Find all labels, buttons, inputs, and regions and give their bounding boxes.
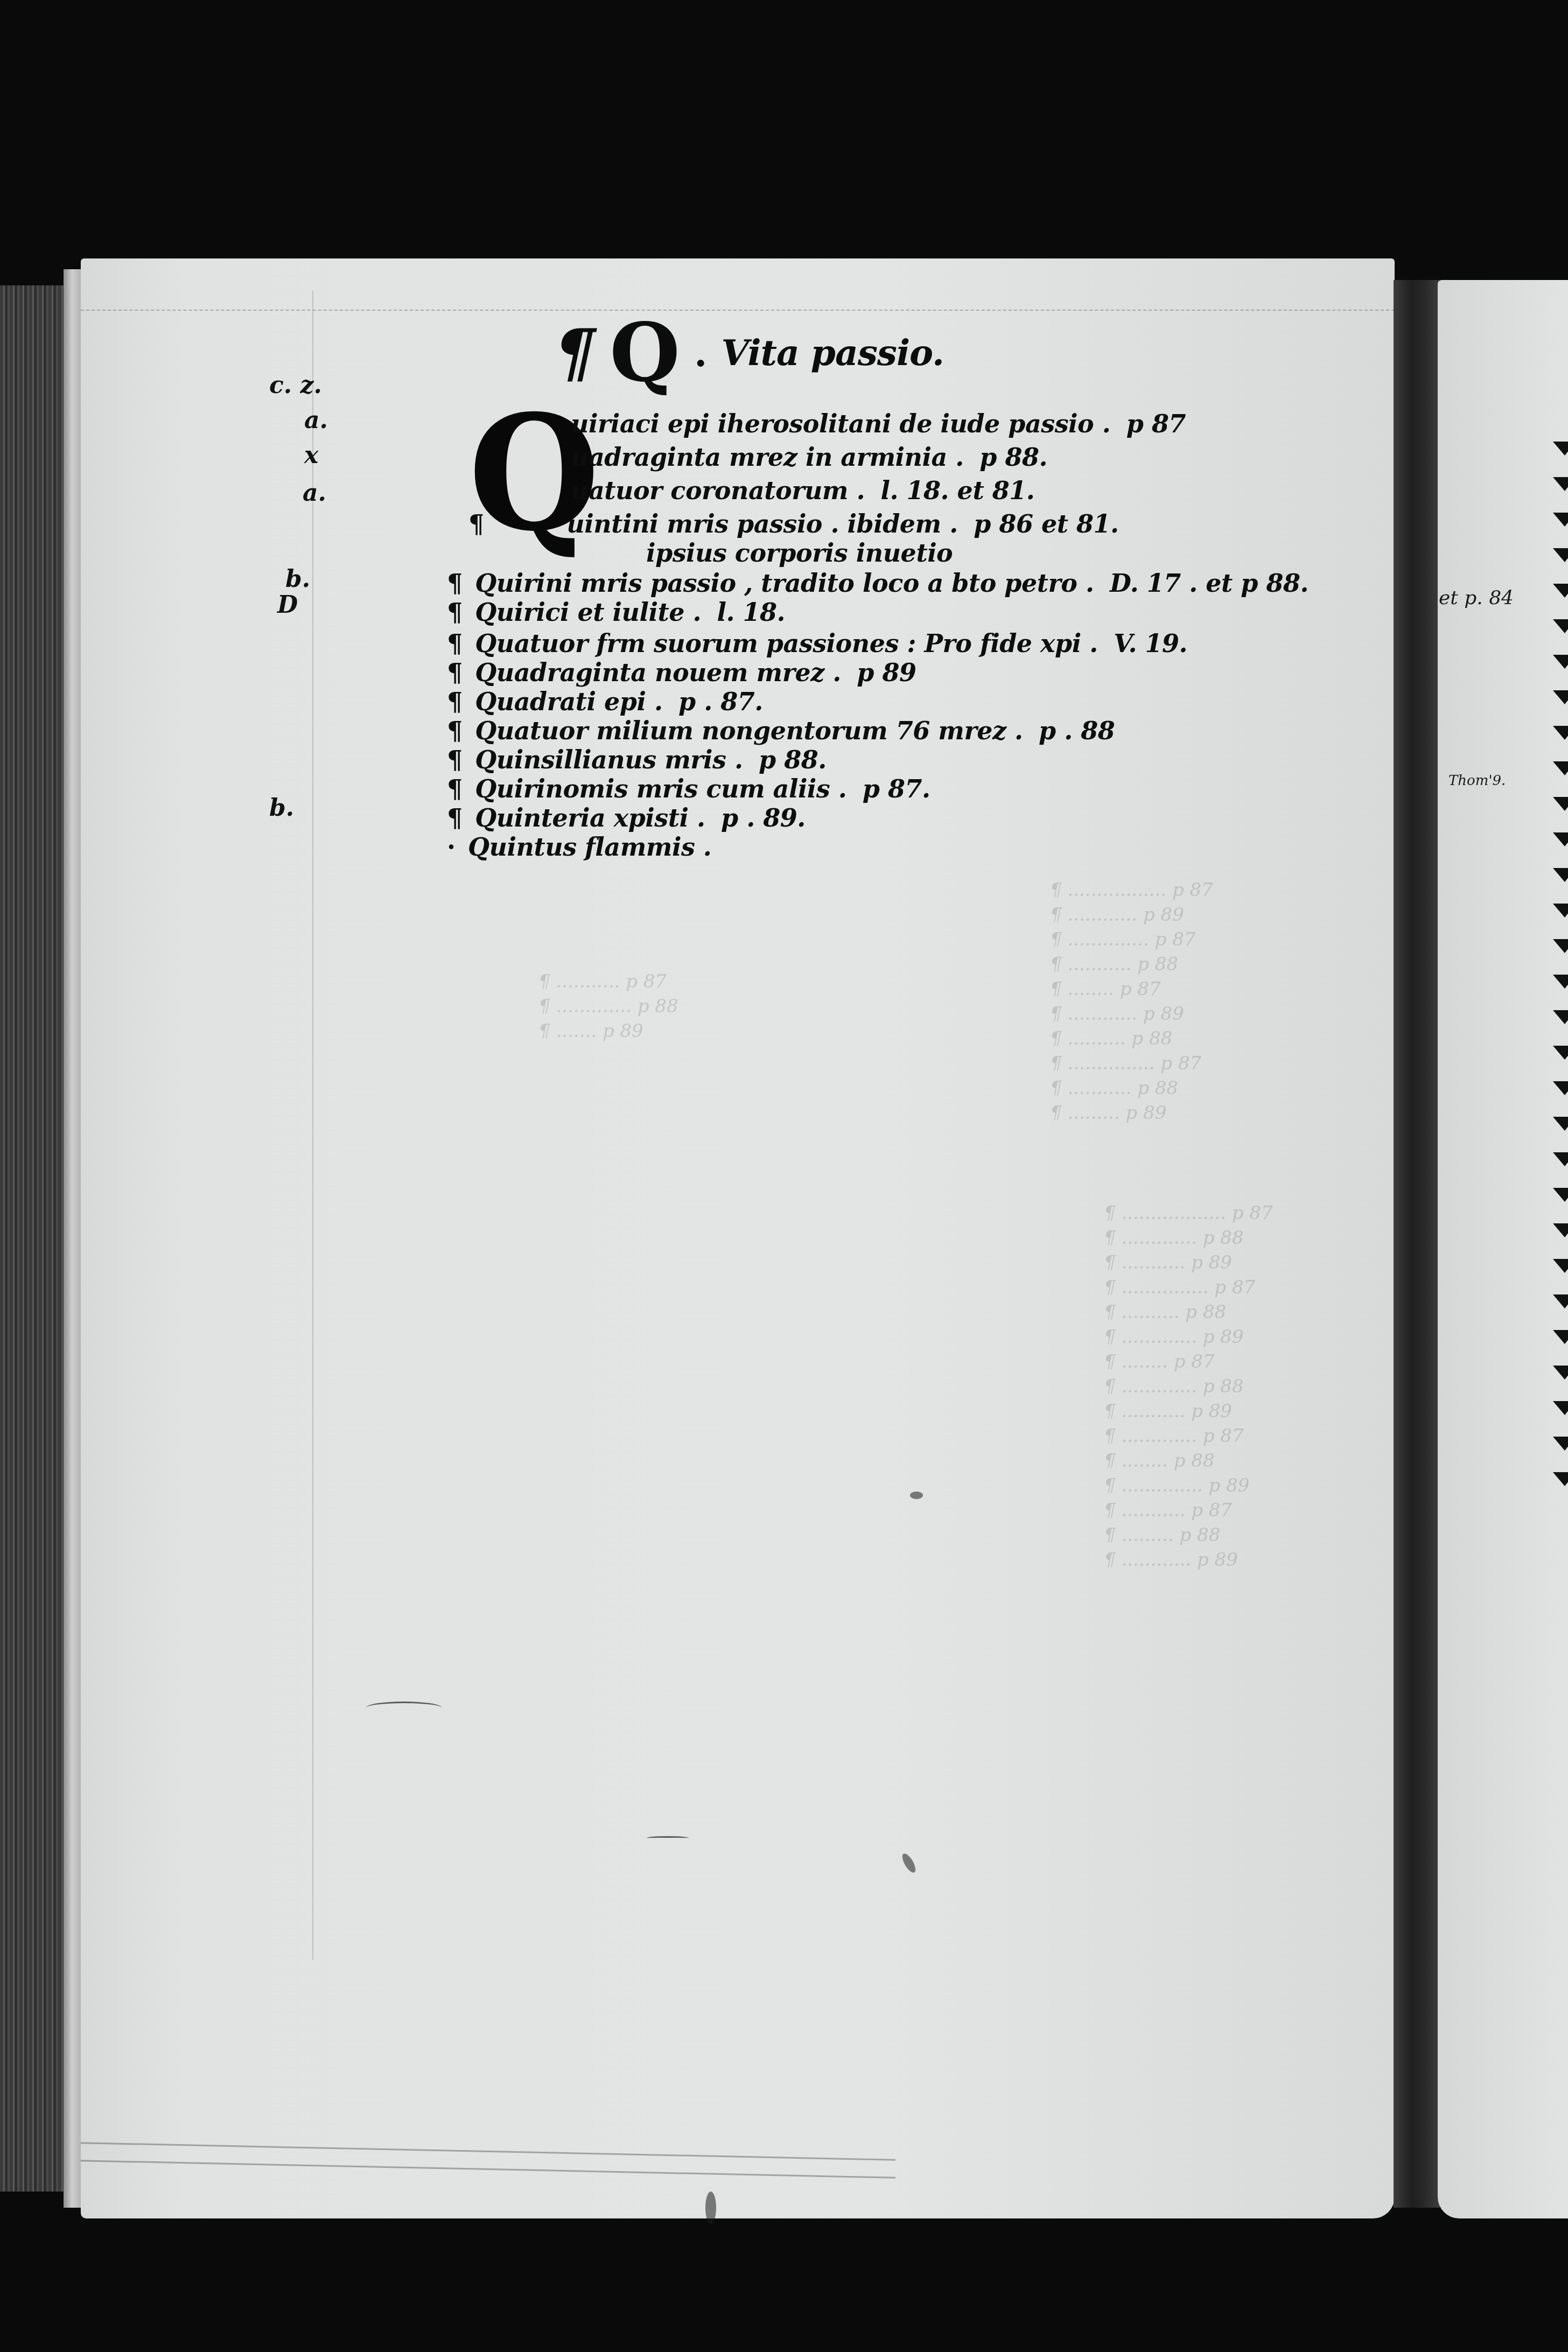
- index-entry: ¶ uintini mris passio . ibidem . p 86 et…: [468, 509, 1119, 538]
- entry-page-ref: p 89: [857, 658, 916, 687]
- paragraph-mark-icon: [1553, 442, 1568, 456]
- paragraph-mark: ¶: [447, 569, 463, 598]
- index-entry: ¶ Quinsillianus mris . p 88.: [447, 745, 827, 774]
- paragraph-mark-icon: [1553, 690, 1568, 704]
- margin-letter: D: [277, 591, 298, 619]
- entry-text: Quinteria xpisti .: [475, 803, 705, 832]
- paragraph-mark-icon: [1553, 904, 1568, 918]
- paragraph-mark: ¶: [447, 629, 463, 658]
- entry-text: Quintus flammis .: [468, 832, 711, 862]
- paragraph-mark-icon: [1553, 1046, 1568, 1060]
- paragraph-mark-icon: [1553, 1259, 1568, 1273]
- section-heading: ¶ Q . Vita passio.: [555, 312, 944, 393]
- index-entry: ¶ Quinteria xpisti . p . 89.: [447, 803, 806, 832]
- paragraph-mark-icon: [1553, 1152, 1568, 1166]
- paragraph-mark-icon: [1553, 832, 1568, 846]
- paragraph-mark-icon: [1553, 1330, 1568, 1344]
- index-entry: uiriaci epi iherosolitani de iude passio…: [571, 409, 1186, 438]
- margin-letter: a.: [303, 479, 326, 507]
- index-entry: ¶ Quatuor frm suorum passiones : Pro fid…: [447, 629, 1187, 658]
- ink-smudge: [900, 1852, 918, 1875]
- entry-text: uiriaci epi iherosolitani de iude passio…: [571, 409, 1110, 438]
- paragraph-mark-icon: [1553, 584, 1568, 598]
- margin-letter: b.: [269, 794, 294, 822]
- paragraph-mark-icon: [1553, 1472, 1568, 1486]
- index-entry: ¶ Quatuor milium nongentorum 76 mrez . p…: [447, 716, 1115, 745]
- entry-page-ref: p 87: [1126, 409, 1186, 438]
- index-entry: ¶ Quirinomis mris cum aliis . p 87.: [447, 774, 930, 803]
- paragraph-mark-icon: [1553, 1223, 1568, 1237]
- heading-title: Vita passio.: [721, 332, 944, 374]
- paragraph-mark-icon: [1553, 761, 1568, 775]
- paragraph-mark-icon: [1553, 1437, 1568, 1451]
- paragraph-mark: ¶: [447, 716, 463, 745]
- book-gutter: [1394, 280, 1440, 2208]
- entry-page-ref: V. 19.: [1114, 629, 1187, 658]
- entry-page-ref: p 88.: [979, 443, 1047, 472]
- page-edges-stack: [0, 285, 65, 2192]
- paragraph-mark-icon: [1553, 477, 1568, 491]
- entry-text: Quinsillianus mris .: [475, 745, 743, 774]
- paragraph-mark-icon: [1553, 1081, 1568, 1095]
- paragraph-mark-icon: [1553, 868, 1568, 882]
- entry-page-ref: p 88.: [759, 745, 827, 774]
- paragraph-mark: ¶: [447, 774, 463, 803]
- paragraph-mark: ·: [447, 832, 456, 862]
- entry-text: uadraginta mrez in arminia .: [571, 443, 964, 472]
- paragraph-mark-icon: [1553, 513, 1568, 527]
- paragraph-mark: ¶: [468, 509, 484, 538]
- entry-text: ipsius corporis inuetio: [646, 538, 953, 568]
- entry-text: Quirici et iulite .: [475, 598, 701, 627]
- paragraph-mark: ¶: [447, 687, 463, 716]
- paragraph-mark-icon: [1553, 726, 1568, 740]
- entry-text: uintini mris passio . ibidem .: [566, 509, 958, 538]
- entry-text: Quatuor frm suorum passiones : Pro fide …: [475, 629, 1097, 658]
- paragraph-mark-icon: [1553, 1366, 1568, 1380]
- top-ruling-line: [81, 310, 1395, 311]
- paragraph-mark-icon: [1553, 1188, 1568, 1202]
- paragraph-mark: ¶: [447, 803, 463, 832]
- paragraph-mark-icon: [1553, 975, 1568, 989]
- paragraph-mark-icon: [1553, 548, 1568, 562]
- entry-text: uatuor coronatorum .: [571, 476, 865, 505]
- entry-text: Quadraginta nouem mrez .: [475, 658, 841, 687]
- entry-page-ref: p . 88: [1039, 716, 1115, 745]
- entry-page-ref: p 87.: [863, 774, 930, 803]
- entry-text: Quadrati epi .: [475, 687, 662, 716]
- margin-letter: x: [304, 442, 318, 469]
- show-through-text: ¶ .................. p 87 ¶ ............…: [1104, 1201, 1273, 1572]
- paragraph-mark-icon: [1553, 797, 1568, 811]
- entry-page-ref: p 86 et 81.: [974, 509, 1118, 538]
- paragraph-mark-icon: [1553, 619, 1568, 633]
- entry-text: Quatuor milium nongentorum 76 mrez .: [475, 716, 1023, 745]
- paragraph-mark-icon: [1553, 939, 1568, 953]
- index-entry: ¶ Quadrati epi . p . 87.: [447, 687, 763, 716]
- paragraph-mark-icon: [1553, 655, 1568, 669]
- index-entry: ¶ Quadraginta nouem mrez . p 89: [447, 658, 916, 687]
- bottom-edge-lines: [81, 2142, 895, 2179]
- index-entry: uatuor coronatorum . l. 18. et 81.: [571, 476, 1034, 505]
- paragraph-mark-icon: [1553, 1117, 1568, 1131]
- margin-letter: a.: [304, 407, 328, 434]
- heading-separator: .: [694, 331, 707, 375]
- entry-page-ref: D. 17 . et p 88.: [1110, 569, 1308, 598]
- ink-smudge: [910, 1492, 923, 1499]
- entry-page-ref: p . 89.: [721, 803, 806, 832]
- index-entry: · Quintus flammis .: [447, 832, 711, 862]
- margin-letter: b.: [285, 565, 310, 593]
- ink-stroke: [646, 1836, 689, 1840]
- margin-ruling-line: [312, 291, 313, 1960]
- margin-letter: c. z.: [269, 372, 322, 399]
- entry-page-ref: p . 87.: [678, 687, 763, 716]
- paragraph-mark-icon: [1553, 1401, 1568, 1415]
- entry-page-ref: l. 18. et 81.: [881, 476, 1035, 505]
- paragraph-mark: ¶: [447, 745, 463, 774]
- paragraph-mark-icon: [1553, 1010, 1568, 1024]
- pilcrow-mark: ¶: [547, 315, 604, 391]
- entry-page-ref: l. 18.: [717, 598, 785, 627]
- index-entry: ¶ Quirici et iulite . l. 18.: [447, 598, 785, 627]
- ink-smudge: [705, 2192, 716, 2224]
- index-entry: uadraginta mrez in arminia . p 88.: [571, 443, 1047, 472]
- heading-letter: Q: [610, 312, 680, 393]
- entry-text: Quirini mris passio , tradito loco a bto…: [475, 569, 1094, 598]
- facing-page-partial: et p. 84 Thom'9.: [1438, 280, 1568, 2218]
- facing-page-note: et p. 84: [1439, 587, 1514, 609]
- paragraph-mark: ¶: [447, 598, 463, 627]
- paragraph-mark-icon: [1553, 1294, 1568, 1308]
- entry-text: Quirinomis mris cum aliis .: [475, 774, 846, 803]
- show-through-text: ¶ ................. p 87 ¶ ............ …: [1050, 878, 1213, 1125]
- paragraph-mark: ¶: [447, 658, 463, 687]
- index-entry: ipsius corporis inuetio: [646, 538, 953, 568]
- ink-stroke: [366, 1702, 442, 1714]
- index-entry: ¶ Quirini mris passio , tradito loco a b…: [447, 569, 1308, 598]
- facing-page-note: Thom'9.: [1448, 773, 1506, 789]
- facing-page-paragraph-marks: [1545, 442, 1568, 1508]
- show-through-text: ¶ ........... p 87 ¶ ............. p 88 …: [538, 969, 678, 1044]
